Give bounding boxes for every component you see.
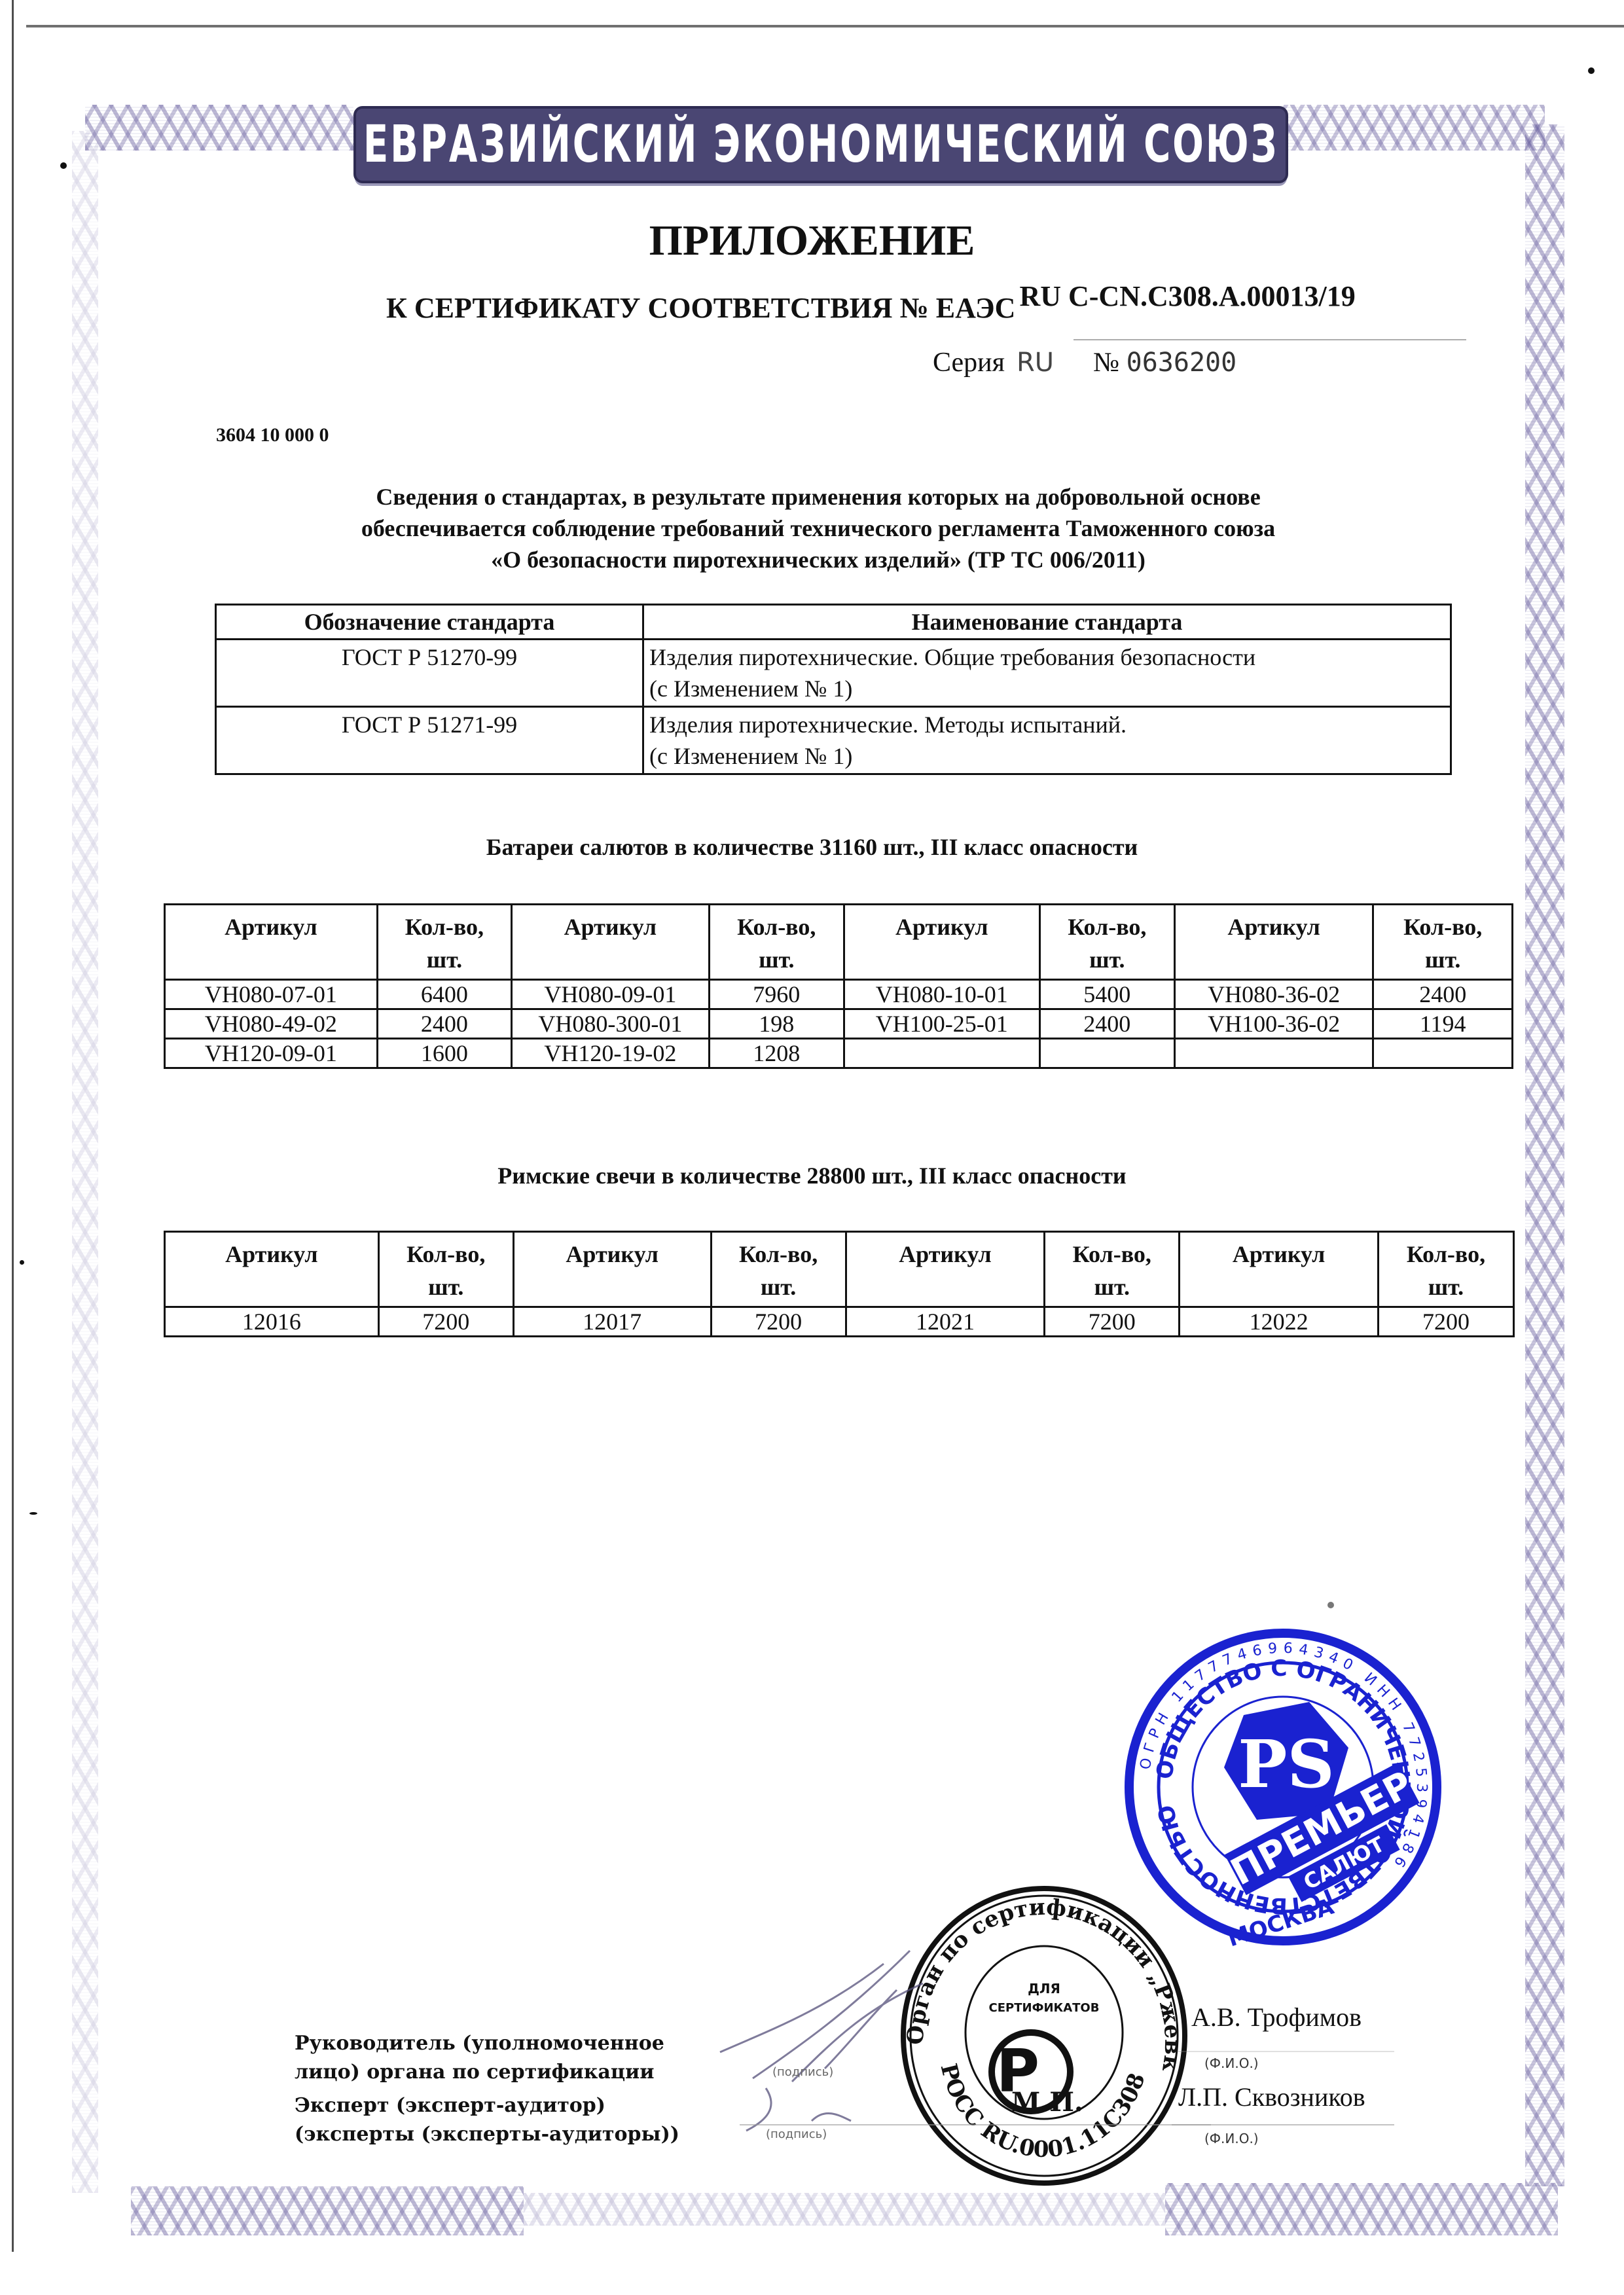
form-number: 0636200 <box>1127 348 1237 378</box>
header-article: Артикул <box>165 1232 379 1307</box>
eaeu-banner-text: ЕВРАЗИЙСКИЙ ЭКОНОМИЧЕСКИЙ СОЮЗ <box>363 115 1278 174</box>
guilloche-border-right <box>1525 124 1564 2186</box>
article-cell: VH080-09-01 <box>511 980 709 1009</box>
standard-name: Изделия пиротехнические. Методы испытани… <box>643 707 1451 774</box>
article-cell: VH120-09-01 <box>165 1039 378 1068</box>
article-cell: 12022 <box>1180 1307 1379 1337</box>
form-series: СерияRU№ 0636200 <box>933 347 1236 378</box>
header-article: Артикул <box>844 905 1039 980</box>
head-label-line: лицо) органа по сертификации <box>295 2058 664 2087</box>
signature-caption-head: (подпись) <box>772 2065 833 2079</box>
roman-candles-section-title: Римские свечи в количестве 28800 шт., II… <box>0 1162 1624 1189</box>
header-quantity: Кол-во,шт. <box>1045 1232 1180 1307</box>
expert-label-line: Эксперт (эксперт-аудитор) <box>295 2091 679 2120</box>
certificate-reference: К СЕРТИФИКАТУ СООТВЕТСТВИЯ № ЕАЭСRU C-CN… <box>386 291 1356 325</box>
certificate-number-underline <box>1074 339 1466 340</box>
mp-mark: М.П. <box>1011 2087 1083 2118</box>
header-standard-code: Обозначение стандарта <box>216 605 643 640</box>
intro-line: обеспечивается соблюдение требований тех… <box>196 513 1440 544</box>
table-row: VH120-09-011600VH120-19-021208 <box>165 1039 1513 1068</box>
scan-edge-left <box>12 0 14 2252</box>
quantity-cell: 2400 <box>1039 1009 1174 1039</box>
guilloche-border-bottom-middle <box>524 2193 1165 2226</box>
expert-label: Эксперт (эксперт-аудитор) (эксперты (экс… <box>295 2091 679 2149</box>
signature-caption-expert: (подпись) <box>766 2127 827 2141</box>
guilloche-border-bottom-left <box>131 2186 524 2235</box>
article-cell: VH080-49-02 <box>165 1009 378 1039</box>
document-title: ПРИЛОЖЕНИЕ <box>0 216 1624 266</box>
quantity-cell: 2400 <box>1373 980 1513 1009</box>
cert-body-inner-1: ДЛЯ <box>1028 1981 1060 1997</box>
article-cell: 12016 <box>165 1307 379 1337</box>
standards-table: Обозначение стандарта Наименование станд… <box>215 604 1452 775</box>
table-row: 120167200120177200120217200120227200 <box>165 1307 1514 1337</box>
standard-code: ГОСТ Р 51270-99 <box>216 640 643 707</box>
header-quantity: Кол-во,шт. <box>377 905 511 980</box>
table-row: ГОСТ Р 51270-99 Изделия пиротехнические.… <box>216 640 1451 707</box>
intro-line: Сведения о стандартах, в результате прим… <box>196 481 1440 513</box>
standard-name: Изделия пиротехнические. Общие требовани… <box>643 640 1451 707</box>
header-article: Артикул <box>846 1232 1045 1307</box>
certificate-prefix: К СЕРТИФИКАТУ СООТВЕТСТВИЯ № ЕАЭС <box>386 292 1015 324</box>
batteries-section-title: Батареи салютов в количестве 31160 шт., … <box>0 833 1624 861</box>
standard-amendment: (с Изменением № 1) <box>649 673 1445 704</box>
header-article: Артикул <box>1174 905 1373 980</box>
article-cell: VH080-300-01 <box>511 1009 709 1039</box>
quantity-cell: 1194 <box>1373 1009 1513 1039</box>
article-cell: VH100-36-02 <box>1174 1009 1373 1039</box>
scan-speck <box>1327 1602 1334 1608</box>
header-quantity: Кол-во,шт. <box>711 1232 846 1307</box>
quantity-cell <box>1373 1039 1513 1068</box>
article-cell: VH080-36-02 <box>1174 980 1373 1009</box>
head-label-line: Руководитель (уполномоченное <box>295 2029 664 2058</box>
header-article: Артикул <box>513 1232 711 1307</box>
article-cell: VH100-25-01 <box>844 1009 1039 1039</box>
article-cell <box>1174 1039 1373 1068</box>
scan-speck <box>29 1512 37 1515</box>
header-quantity: Кол-во,шт. <box>1378 1232 1513 1307</box>
number-label: № <box>1093 348 1119 378</box>
quantity-cell: 7960 <box>709 980 844 1009</box>
table-row: ГОСТ Р 51271-99 Изделия пиротехнические.… <box>216 707 1451 774</box>
intro-line: «О безопасности пиротехнических изделий»… <box>196 544 1440 575</box>
standards-intro: Сведения о стандартах, в результате прим… <box>196 481 1440 575</box>
standard-name-line: Изделия пиротехнические. Общие требовани… <box>649 642 1445 673</box>
signature-line-head <box>1178 2051 1394 2052</box>
guilloche-border-bottom-right <box>1165 2183 1558 2235</box>
quantity-cell: 1600 <box>377 1039 511 1068</box>
header-quantity: Кол-во,шт. <box>1039 905 1174 980</box>
quantity-cell: 6400 <box>377 980 511 1009</box>
standard-code: ГОСТ Р 51271-99 <box>216 707 643 774</box>
quantity-cell: 7200 <box>1378 1307 1513 1337</box>
table-row: VH080-07-016400VH080-09-017960VH080-10-0… <box>165 980 1513 1009</box>
header-article: Артикул <box>165 905 378 980</box>
header-article: Артикул <box>511 905 709 980</box>
expert-name: Л.П. Сквозников <box>1178 2082 1365 2112</box>
quantity-cell: 1208 <box>709 1039 844 1068</box>
quantity-cell: 2400 <box>377 1009 511 1039</box>
article-cell: 12017 <box>513 1307 711 1337</box>
cert-body-inner-2: СЕРТИФИКАТОВ <box>989 2001 1100 2015</box>
scan-speck <box>60 162 67 169</box>
eaeu-banner: ЕВРАЗИЙСКИЙ ЭКОНОМИЧЕСКИЙ СОЮЗ <box>353 106 1288 183</box>
certificate-number: RU C-CN.C308.A.00013/19 <box>1019 280 1355 312</box>
header-quantity: Кол-во,шт. <box>1373 905 1513 980</box>
tn-ved-code: 3604 10 000 0 <box>216 424 329 446</box>
article-cell: VH120-19-02 <box>511 1039 709 1068</box>
quantity-cell: 7200 <box>711 1307 846 1337</box>
quantity-cell: 7200 <box>1045 1307 1180 1337</box>
quantity-cell: 198 <box>709 1009 844 1039</box>
scan-edge-top <box>26 25 1624 27</box>
batteries-table: АртикулКол-во,шт.АртикулКол-во,шт.Артику… <box>164 903 1513 1069</box>
signature-line-expert <box>740 2124 1211 2125</box>
header-quantity: Кол-во,шт. <box>709 905 844 980</box>
standard-amendment: (с Изменением № 1) <box>649 740 1445 772</box>
expert-label-line: (эксперты (эксперты-аудиторы)) <box>295 2120 679 2149</box>
guilloche-border-top-right <box>1283 105 1545 151</box>
standard-name-line: Изделия пиротехнические. Методы испытани… <box>649 709 1445 740</box>
roman-candles-table: АртикулКол-во,шт.АртикулКол-во,шт.Артику… <box>164 1231 1515 1337</box>
certification-body-seal: Орган по сертификации „Ржевка“ РОСС RU.0… <box>887 1875 1201 2190</box>
series-value: RU <box>1017 348 1054 378</box>
table-header-row: Обозначение стандарта Наименование станд… <box>216 605 1451 640</box>
article-cell <box>844 1039 1039 1068</box>
signature-scribble <box>713 1938 923 2141</box>
table-row: VH080-49-022400VH080-300-01198VH100-25-0… <box>165 1009 1513 1039</box>
table-header-row: АртикулКол-во,шт.АртикулКол-во,шт.Артику… <box>165 1232 1514 1307</box>
scan-speck <box>1588 67 1595 74</box>
quantity-cell: 7200 <box>378 1307 513 1337</box>
scan-speck <box>20 1260 24 1265</box>
guilloche-border-top-left <box>85 105 353 151</box>
header-quantity: Кол-во,шт. <box>378 1232 513 1307</box>
quantity-cell <box>1039 1039 1174 1068</box>
header-standard-name: Наименование стандарта <box>643 605 1451 640</box>
series-label: Серия <box>933 348 1005 378</box>
head-of-body-label: Руководитель (уполномоченное лицо) орган… <box>295 2029 664 2087</box>
article-cell: 12021 <box>846 1307 1045 1337</box>
header-article: Артикул <box>1180 1232 1379 1307</box>
table-header-row: АртикулКол-во,шт.АртикулКол-во,шт.Артику… <box>165 905 1513 980</box>
fio-caption-head: (Ф.И.О.) <box>1204 2055 1259 2071</box>
name-line-expert <box>1172 2124 1394 2125</box>
head-name: А.В. Трофимов <box>1191 2002 1362 2033</box>
seal-logo: PS <box>1238 1726 1334 1803</box>
article-cell: VH080-07-01 <box>165 980 378 1009</box>
quantity-cell: 5400 <box>1039 980 1174 1009</box>
article-cell: VH080-10-01 <box>844 980 1039 1009</box>
fio-caption-expert: (Ф.И.О.) <box>1204 2131 1259 2146</box>
